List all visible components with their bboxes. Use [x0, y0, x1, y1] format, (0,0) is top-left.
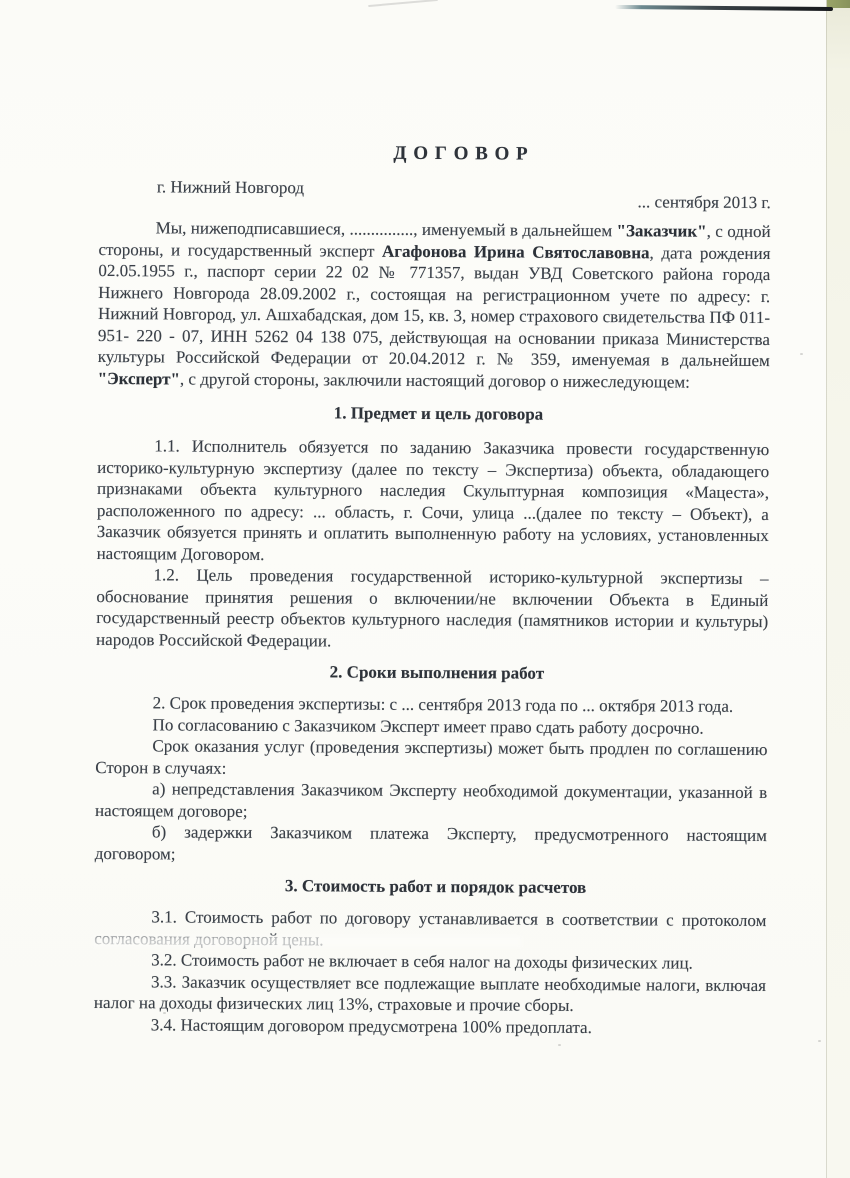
document-content: Д О Г О В О Р г. Нижний Новгород ... сен…	[94, 0, 772, 1039]
clause-3-3: 3.3. Заказчик осуществляет все подлежащи…	[94, 970, 766, 1017]
page-edge-strip	[826, 0, 850, 1178]
scan-speck	[800, 353, 803, 355]
document-title: Д О Г О В О Р	[99, 0, 772, 167]
clause-2-extension: Срок оказания услуг (проведения эксперти…	[95, 735, 767, 782]
section-2-heading: 2. Сроки выполнения работ	[96, 660, 768, 686]
clause-3-1: 3.1. Стоимость работ по договору устанав…	[94, 906, 766, 953]
section-1-heading: 1. Предмет и цель договора	[97, 401, 769, 427]
scan-speck	[818, 1040, 821, 1042]
place-text: г. Нижний Новгород	[99, 176, 304, 199]
place-date-row: г. Нижний Новгород ... сентября 2013 г.	[99, 176, 771, 202]
date-text: ... сентября 2013 г.	[638, 191, 771, 214]
clause-1-2: 1.2. Цель проведения государственной ист…	[96, 564, 769, 654]
section-3-heading: 3. Стоимость работ и порядок расчетов	[95, 874, 767, 900]
clause-2-item-b: б) задержки Заказчиком платежа Эксперту,…	[95, 821, 767, 868]
clause-3-4: 3.4. Настоящим договором предусмотрена 1…	[94, 1013, 766, 1039]
clause-1-1: 1.1. Исполнитель обязуется по заданию За…	[97, 435, 770, 568]
scanned-document-page: Д О Г О В О Р г. Нижний Новгород ... сен…	[0, 0, 850, 1178]
clause-2-item-a: а) непредставления Заказчиком Эксперту н…	[95, 778, 767, 825]
scan-speck	[558, 1044, 561, 1046]
preamble-paragraph: Мы, нижеподписавшиеся, ..............., …	[98, 217, 771, 393]
